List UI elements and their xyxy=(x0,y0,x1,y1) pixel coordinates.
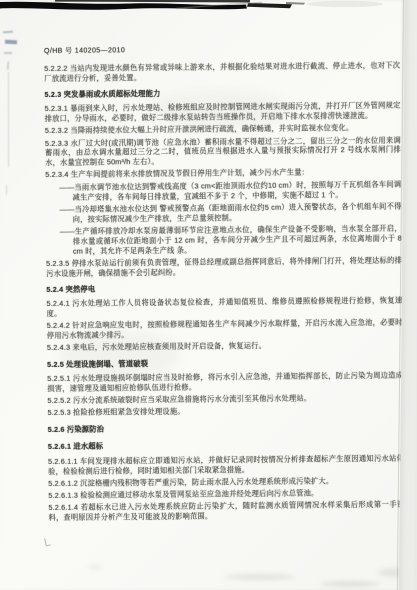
margin-annotation-mark xyxy=(4,52,12,54)
section-paragraph: 5.2.3.4 生产车间提前将来水排放情况及节假日停用生产计划，减少污水产生量： xyxy=(45,167,401,180)
section-paragraph: 5.2.5.2 污水分流系统破裂时应当采取应急措施将污水分流引至其他污水处理站。 xyxy=(47,393,403,406)
section-paragraph: 5.2.3.3 水厂过大时(或汛期)调节池（应急水池）蓄积雨水量不得超过三分之二… xyxy=(45,135,401,168)
dash-list-item: ——当冷却塔集水池水位达到 警戒预警点高（距地面雨水位约5 cm）进入预警状态，… xyxy=(60,201,402,224)
scanned-document: Q/HB 号 140205—2010 5.2.2.2 当站内发现进水颜色有异常或… xyxy=(0,0,417,590)
section-paragraph: 5.2.4.1 污水处理站工作人员将设备状态复位检查，并通知值班员、维修员遵照检… xyxy=(46,296,402,319)
section-heading: 5.2.5 处理设施倒塌、管道破裂 xyxy=(47,357,403,370)
section-paragraph: 5.2.3.5 停排水泵站运行前须有负责管理，征得总经理或副总指挥同意后，将外排… xyxy=(46,255,402,278)
section-paragraph: 5.2.4.2 针对应急响应发电时，按照检修规程通知各生产车间减少污水取样量，开… xyxy=(47,318,403,341)
section-paragraph: 5.2.5.3 抢险抢修班组紧急安排处理设施。 xyxy=(47,405,403,418)
section-paragraph: 5.2.6.1.4 若超标水已进入污水处理系统应防止污染扩大，随时监测水质管网情… xyxy=(48,500,404,523)
margin-annotation-mark xyxy=(3,31,13,34)
section-paragraph: 5.2.3.2 当降雨持续使水位大幅上升时应开泄洪闸进行疏流，确保畅通，并实时监… xyxy=(45,123,401,136)
section-paragraph: 5.2.6.1.3 检验检测应通过移动水泵及管网泵站至应急池并经处理后向污水总管… xyxy=(48,488,404,501)
stray-pen-mark xyxy=(44,538,51,547)
section-paragraph: 5.2.6.1.1 车间发现排水超标应立即通知污水站，并做好记录同时按情况分析排… xyxy=(48,453,404,476)
section-paragraph: 5.2.6.1.2 沉淀格栅内残积物等若严重污染，防止雨水混入污水处理系统形成污… xyxy=(48,475,404,488)
scan-smudge xyxy=(320,581,380,587)
section-heading: 5.2.3 突发暴雨或水质超标处理能力 xyxy=(44,87,400,100)
margin-annotation-mark xyxy=(5,40,17,45)
document-page: Q/HB 号 140205—2010 5.2.2.2 当站内发现进水颜色有异常或… xyxy=(0,0,404,590)
section-heading: 5.2.4 突然停电 xyxy=(46,282,402,295)
margin-annotation-mark xyxy=(6,185,11,195)
section-paragraph: 5.2.3.1 暴雨到来入时，污水处理站、检修班组应及时控制管网进水闸实现雨污分… xyxy=(45,101,401,124)
section-subheading: 5.2.6.1 进水超标 xyxy=(48,439,404,452)
section-paragraph: 5.2.2.2 当站内发现进水颜色有异常或异味上游来水，并根据化验结果对进水进行… xyxy=(44,60,400,83)
page-fold-line xyxy=(8,72,9,167)
section-paragraph: 5.2.5.1 污水处理设施损坏倒塌时应当及时抢修，将污水引入应急池，并通知指挥… xyxy=(47,371,403,394)
standard-number: Q/HB 号 140205—2010 xyxy=(44,44,400,57)
section-heading: 5.2.6 污染源防治 xyxy=(48,422,404,435)
document-content: Q/HB 号 140205—2010 5.2.2.2 当站内发现进水颜色有异常或… xyxy=(44,44,405,526)
scan-smudge xyxy=(88,565,102,569)
dash-list-item: ——当雨水调节池水位达到警戒线高度（3 cm<距池顶雨水位约10 cm）时，按照… xyxy=(59,179,401,202)
scan-smudge xyxy=(225,574,295,580)
scan-edge-artifact xyxy=(0,0,417,18)
section-paragraph: 5.2.4.3 来电后，污水处理站应核查须用及时开启设备，恢复运行。 xyxy=(47,340,403,353)
dash-list-item: ——生产循环排放冷却水泵房最薄弱环节应注意地点水位，确保生产设备不受影响，当水泵… xyxy=(60,224,402,257)
margin-annotation-mark xyxy=(7,62,16,71)
